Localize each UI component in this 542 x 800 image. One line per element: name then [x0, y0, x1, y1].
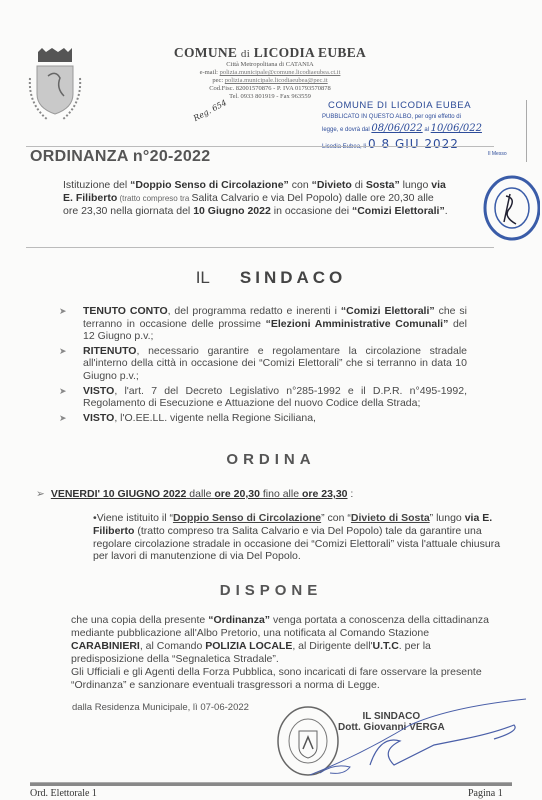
subject-text: con — [289, 179, 312, 191]
ordina-text: : — [348, 488, 354, 500]
premise-item: ➤ VISTO, l'art. 7 del Decreto Legislativ… — [55, 385, 467, 410]
arrow-bullet-icon: ➤ — [59, 385, 67, 398]
subject-text: . — [445, 205, 448, 217]
ordina-start-time: ore 20,30 — [214, 488, 260, 500]
arrow-bullet-icon: ➤ — [59, 345, 67, 358]
premise-text: , l'O.EE.LL. vigente nella Regione Sicil… — [114, 412, 316, 424]
heading-sindaco: SINDACO — [240, 268, 346, 287]
subject-text: in occasione dei — [271, 205, 352, 217]
subject-bold: “Doppio Senso di Circolazione” — [130, 179, 289, 191]
footer-rule — [30, 782, 512, 786]
ordinance-subject: Istituzione del “Doppio Senso di Circola… — [63, 179, 448, 218]
subject-text: lungo — [400, 179, 432, 191]
ordina-item: •Viene istituito il “Doppio Senso di Cir… — [93, 512, 503, 563]
albo-signer: Il Messo — [488, 151, 542, 157]
footer-document-ref: Ord. Elettorale 1 — [30, 788, 97, 799]
ordina-item-text: Viene istituito il “ — [97, 512, 173, 524]
arrow-bullet-icon: ➤ — [59, 305, 67, 318]
email-label: e-mail: — [200, 69, 218, 76]
premise-text: , necessario garantire e regolamentare l… — [83, 345, 467, 382]
ordina-item-text: ” lungo — [430, 512, 465, 524]
place-and-date: dalla Residenza Municipale, lì 07-06-202… — [72, 702, 249, 713]
stamp-border — [526, 100, 527, 162]
dispone-text: Gli Ufficiali e gli Agenti della Forza P… — [71, 666, 482, 691]
dispone-bold: CARABINIERI — [71, 640, 140, 652]
premise-item: ➤ VISTO, l'O.EE.LL. vigente nella Region… — [55, 412, 467, 425]
premise-lead: VISTO — [83, 385, 114, 397]
police-seal-icon — [480, 170, 540, 242]
pec-label: pec: — [212, 77, 223, 84]
dispone-text: , al Dirigente dell' — [292, 640, 372, 652]
dispone-bold: “Ordinanza” — [208, 614, 270, 626]
ordina-text: fino alle — [260, 488, 302, 500]
premise-item: ➤ TENUTO CONTO, del programma redatto e … — [55, 305, 467, 343]
dispone-text: , al Comando — [140, 640, 205, 652]
premise-text: , del programma redatto e inerenti i — [168, 305, 341, 317]
dispone-heading: DISPONE — [0, 582, 542, 599]
publication-date-to: 10/06/022 — [431, 123, 482, 134]
ordina-heading: ORDINA — [0, 451, 542, 468]
albo-line2-prefix: legge, e dovrà dal — [322, 127, 370, 133]
ordina-item-text: ” con “ — [321, 512, 351, 524]
tax-codes: Cod.Fisc. 82001570876 - P. IVA 017935708… — [150, 85, 390, 93]
subject-bold: “Comizi Elettorali” — [352, 205, 445, 217]
comune-word: COMUNE — [174, 45, 237, 60]
arrow-icon: ➢ — [36, 488, 45, 500]
ordina-date: VENERDI' 10 GIUGNO 2022 — [51, 488, 187, 500]
ordina-item-bold: Doppio Senso di Circolazione — [173, 512, 321, 524]
coat-of-arms-logo — [24, 48, 86, 128]
premise-bold: “Elezioni Amministrative Comunali” — [266, 318, 449, 330]
dispone-bold: U.T.C — [373, 640, 399, 652]
subject-text: di — [352, 179, 366, 191]
ordina-item-bold: Divieto di Sosta — [351, 512, 430, 524]
town-name: LICODIA EUBEA — [254, 45, 366, 60]
albo-stamp-title: COMUNE DI LICODIA EUBEA — [328, 100, 542, 111]
email-link[interactable]: polizia.municipale@comune.licodiaeubea.c… — [220, 69, 341, 76]
dispone-body: che una copia della presente “Ordinanza”… — [71, 614, 491, 692]
dispone-bold: POLIZIA LOCALE — [205, 640, 292, 652]
albo-stamp-line2: legge, e dovrà dal 08/06/022 al 10/06/02… — [322, 123, 542, 134]
premise-lead: RITENUTO — [83, 345, 136, 357]
subject-bold: “Divieto — [312, 179, 352, 191]
dispone-text: che una copia della presente — [71, 614, 208, 626]
protocol-handwriting: Reg. 654 — [192, 98, 228, 123]
subject-bold: Sosta” — [366, 179, 400, 191]
albo-stamp-line1: PUBBLICATO IN QUESTO ALBO, per ogni effe… — [322, 114, 542, 120]
ordina-item-text: (tratto compreso tra Salita Calvario e v… — [93, 525, 500, 563]
heading-il: IL — [196, 268, 210, 287]
premise-text: , l'art. 7 del Decreto Legislativo n°285… — [83, 385, 467, 410]
ordina-text: dalle — [186, 488, 214, 500]
pec-link[interactable]: polizia.municipale.licodiaeubea@pec.it — [225, 77, 328, 84]
di-word: di — [241, 48, 250, 60]
subject-small: (tratto compreso tra — [117, 194, 191, 203]
metropolitan-city: Città Metropolitana di CATANIA — [150, 61, 390, 69]
arrow-bullet-icon: ➤ — [59, 412, 67, 425]
footer-page-number: Pagina 1 — [468, 788, 503, 799]
ordinance-title: ORDINANZA n°20-2022 — [30, 148, 210, 166]
premises-list: ➤ TENUTO CONTO, del programma redatto e … — [55, 305, 467, 426]
municipality-name: COMUNE di LICODIA EUBEA — [150, 45, 390, 61]
ordina-end-time: ore 23,30 — [302, 488, 348, 500]
premise-lead: TENUTO CONTO — [83, 305, 168, 317]
letterhead: COMUNE di LICODIA EUBEA Città Metropolit… — [150, 45, 390, 101]
pec-line: pec: polizia.municipale.licodiaeubea@pec… — [150, 77, 390, 85]
premise-lead: VISTO — [83, 412, 114, 424]
premise-item: ➤ RITENUTO, necessario garantire e regol… — [55, 345, 467, 383]
publication-date-from: 08/06/022 — [371, 123, 422, 134]
email-line: e-mail: polizia.municipale@comune.licodi… — [150, 69, 390, 77]
ordina-date-line: ➢VENERDI' 10 GIUGNO 2022 dalle ore 20,30… — [36, 488, 353, 500]
subject-text: Istituzione del — [63, 179, 130, 191]
subject-bold: 10 Giugno 2022 — [193, 205, 271, 217]
premise-bold: “Comizi Elettorali” — [341, 305, 435, 317]
handwritten-signature-icon — [300, 695, 530, 785]
mayor-heading: ILSINDACO — [0, 268, 542, 288]
al-word: al — [424, 127, 429, 133]
